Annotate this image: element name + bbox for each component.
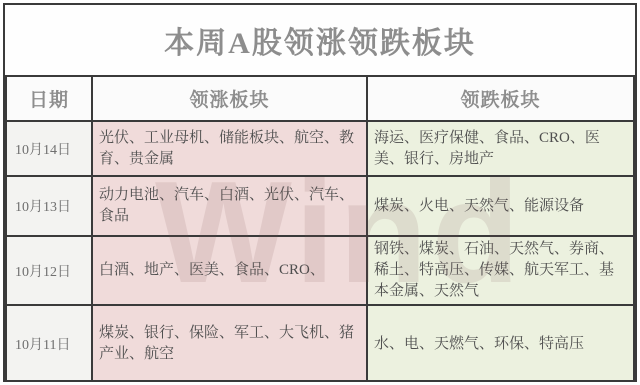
date-cell: 10月14日 xyxy=(6,121,92,176)
losers-cell: 海运、医疗保健、食品、CRO、医美、银行、房地产 xyxy=(367,121,634,176)
gainers-cell: 煤炭、银行、保险、军工、大飞机、猪产业、航空 xyxy=(92,305,367,382)
table-row: 10月11日 煤炭、银行、保险、军工、大飞机、猪产业、航空 水、电、天燃气、环保… xyxy=(6,305,634,382)
gainers-cell: 光伏、工业母机、储能板块、航空、教育、贵金属 xyxy=(92,121,367,176)
sector-table-panel: 本周A股领涨领跌板块 日期 领涨板块 领跌板块 10月14日 光伏、工业母机、储… xyxy=(3,3,637,382)
table-row: 10月14日 光伏、工业母机、储能板块、航空、教育、贵金属 海运、医疗保健、食品… xyxy=(6,121,634,176)
column-header-gainers: 领涨板块 xyxy=(92,76,367,121)
header-row: 日期 领涨板块 领跌板块 xyxy=(6,76,634,121)
date-cell: 10月11日 xyxy=(6,305,92,382)
table-row: 10月12日 白酒、地产、医美、食品、CRO、 钢铁、煤炭、石油、天然气、券商、… xyxy=(6,236,634,305)
gainers-cell: 白酒、地产、医美、食品、CRO、 xyxy=(92,236,367,305)
losers-cell: 钢铁、煤炭、石油、天然气、券商、稀土、特高压、传媒、航天军工、基本金属、天然气 xyxy=(367,236,634,305)
date-cell: 10月13日 xyxy=(6,176,92,236)
page-title: 本周A股领涨领跌板块 xyxy=(5,5,635,75)
column-header-date: 日期 xyxy=(6,76,92,121)
date-cell: 10月12日 xyxy=(6,236,92,305)
losers-cell: 煤炭、火电、天然气、能源设备 xyxy=(367,176,634,236)
gainers-cell: 动力电池、汽车、白酒、光伏、汽车、食品 xyxy=(92,176,367,236)
table-row: 10月13日 动力电池、汽车、白酒、光伏、汽车、食品 煤炭、火电、天然气、能源设… xyxy=(6,176,634,236)
column-header-losers: 领跌板块 xyxy=(367,76,634,121)
sector-table: 日期 领涨板块 领跌板块 10月14日 光伏、工业母机、储能板块、航空、教育、贵… xyxy=(5,75,635,382)
losers-cell: 水、电、天燃气、环保、特高压 xyxy=(367,305,634,382)
